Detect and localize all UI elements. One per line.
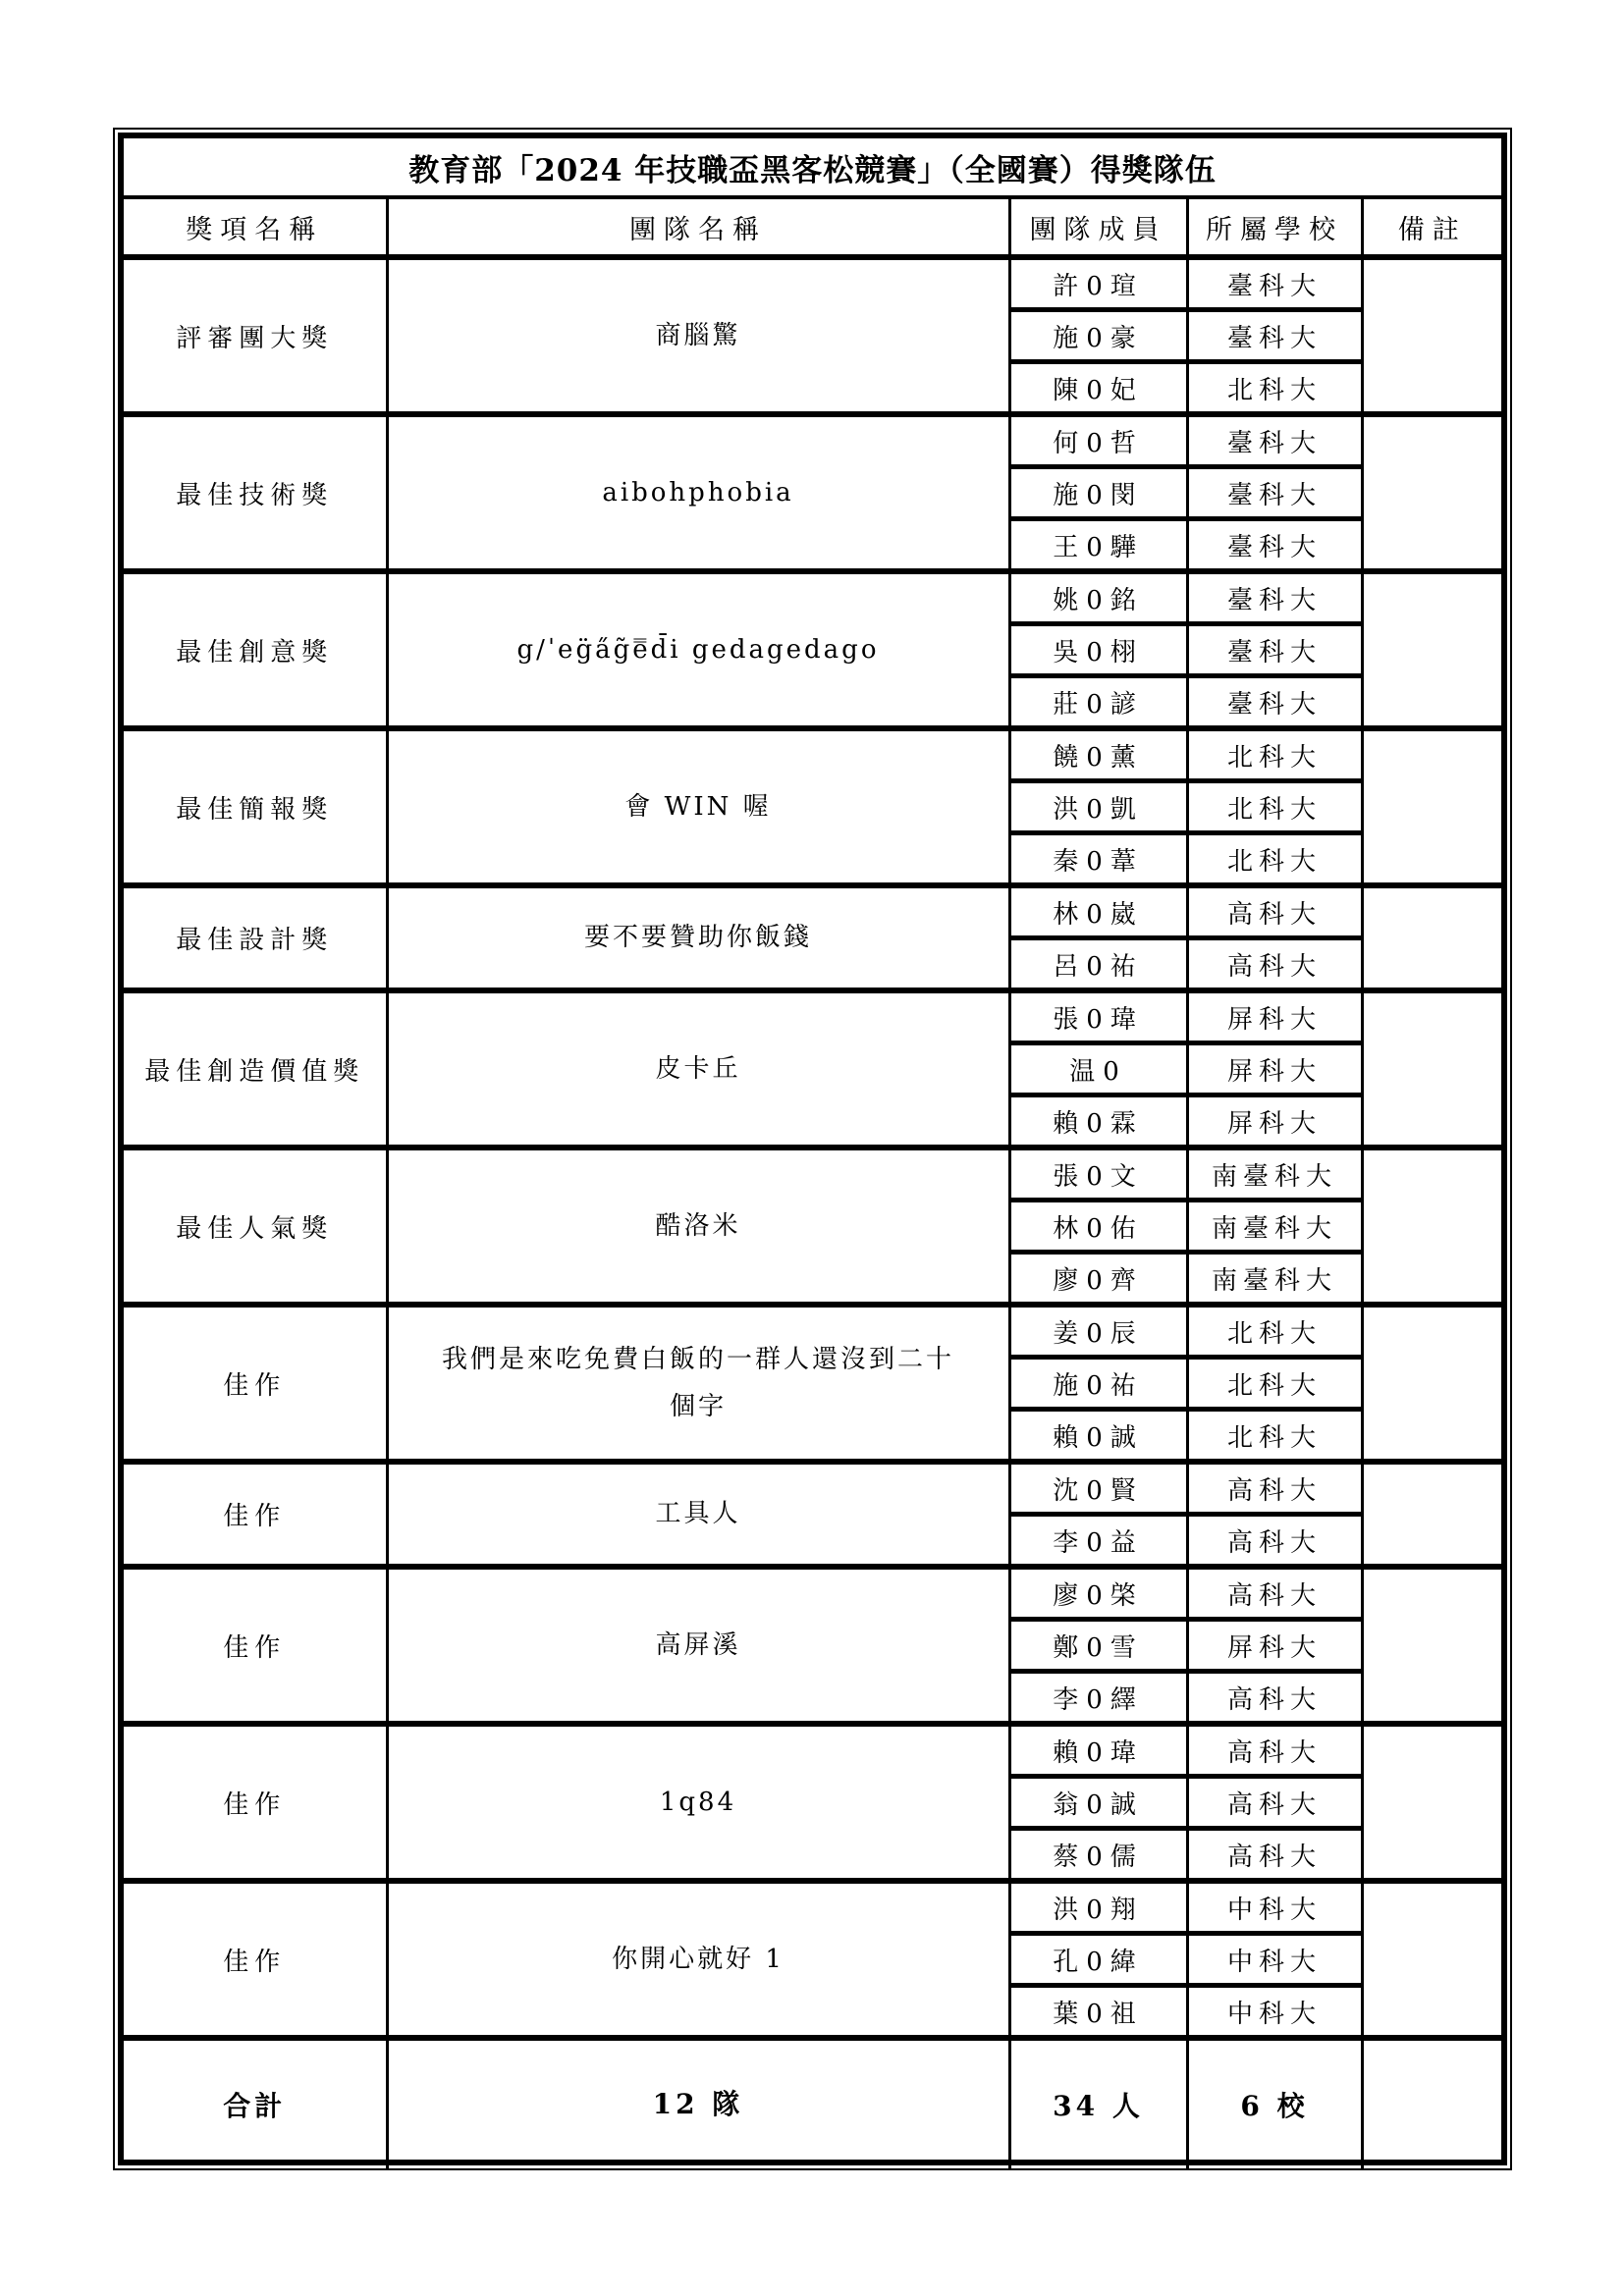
member-school-cell: 中科大 — [1187, 1881, 1362, 1934]
award-group-row: 最佳設計獎要不要贊助你飯錢林0崴高科大 — [124, 885, 1501, 938]
team-name-cell: 工具人 — [387, 1462, 1009, 1567]
team-name-cell: aibohphobia — [387, 414, 1009, 571]
member-name-cell: 王0驊 — [1009, 519, 1187, 572]
note-cell — [1362, 1724, 1501, 1881]
member-name-cell: 林0佑 — [1009, 1201, 1187, 1253]
column-header-team: 團隊名稱 — [387, 197, 1009, 257]
member-name-cell: 施0豪 — [1009, 310, 1187, 362]
note-cell — [1362, 885, 1501, 990]
member-name-cell: 莊0諺 — [1009, 676, 1187, 729]
column-header-row: 獎項名稱 團隊名稱 團隊成員 所屬學校 備註 — [124, 197, 1501, 257]
member-school-cell: 北科大 — [1187, 362, 1362, 415]
award-name-cell: 最佳創意獎 — [124, 571, 387, 728]
total-row: 合計 12 隊 34 人 6 校 — [124, 2038, 1501, 2168]
award-group-row: 佳作我們是來吃免費白飯的一群人還沒到二十 個字姜0辰北科大 — [124, 1305, 1501, 1358]
award-group-row: 最佳簡報獎會 WIN 喔饒0薰北科大 — [124, 728, 1501, 781]
member-name-cell: 賴0誠 — [1009, 1410, 1187, 1463]
award-name-cell: 最佳簡報獎 — [124, 728, 387, 885]
member-school-cell: 臺科大 — [1187, 571, 1362, 624]
member-school-cell: 臺科大 — [1187, 676, 1362, 729]
member-school-cell: 中科大 — [1187, 1934, 1362, 1986]
member-school-cell: 高科大 — [1187, 938, 1362, 991]
member-school-cell: 北科大 — [1187, 728, 1362, 781]
member-school-cell: 高科大 — [1187, 1829, 1362, 1882]
note-cell — [1362, 414, 1501, 571]
member-school-cell: 北科大 — [1187, 1410, 1362, 1463]
member-school-cell: 屏科大 — [1187, 1620, 1362, 1672]
member-name-cell: 李0益 — [1009, 1515, 1187, 1568]
member-name-cell: 陳0妃 — [1009, 362, 1187, 415]
member-name-cell: 洪0翔 — [1009, 1881, 1187, 1934]
member-name-cell: 葉0祖 — [1009, 1986, 1187, 2039]
awards-table: 教育部「2024 年技職盃黑客松競賽」（全國賽）得獎隊伍 獎項名稱 團隊名稱 團… — [124, 138, 1501, 2168]
award-group-row: 最佳技術獎aibohphobia何0哲臺科大 — [124, 414, 1501, 467]
team-name-cell: 商腦驚 — [387, 257, 1009, 414]
note-cell — [1362, 1567, 1501, 1724]
note-cell — [1362, 1881, 1501, 2038]
member-name-cell: 廖0齊 — [1009, 1253, 1187, 1306]
note-cell — [1362, 1148, 1501, 1305]
member-school-cell: 高科大 — [1187, 885, 1362, 938]
member-name-cell: 孔0緯 — [1009, 1934, 1187, 1986]
team-name-cell: 酷洛米 — [387, 1148, 1009, 1305]
total-members-cell: 34 人 — [1009, 2038, 1187, 2168]
member-school-cell: 臺科大 — [1187, 414, 1362, 467]
column-header-members: 團隊成員 — [1009, 197, 1187, 257]
member-name-cell: 饒0薰 — [1009, 728, 1187, 781]
member-school-cell: 屏科大 — [1187, 990, 1362, 1043]
team-name-cell: g/ˈeg̈a̋g̃e̿d̄i gedagedago — [387, 571, 1009, 728]
page-border-frame: 教育部「2024 年技職盃黑客松競賽」（全國賽）得獎隊伍 獎項名稱 團隊名稱 團… — [113, 128, 1512, 2170]
member-name-cell: 翁0誠 — [1009, 1777, 1187, 1829]
column-header-note: 備註 — [1362, 197, 1501, 257]
award-group-row: 佳作1q84賴0瑋高科大 — [124, 1724, 1501, 1777]
award-group-row: 佳作高屏溪廖0棨高科大 — [124, 1567, 1501, 1620]
member-school-cell: 高科大 — [1187, 1515, 1362, 1568]
award-group-row: 佳作工具人沈0賢高科大 — [124, 1462, 1501, 1515]
member-school-cell: 北科大 — [1187, 1305, 1362, 1358]
total-note-cell — [1362, 2038, 1501, 2168]
award-name-cell: 最佳設計獎 — [124, 885, 387, 990]
member-name-cell: 廖0棨 — [1009, 1567, 1187, 1620]
member-school-cell: 北科大 — [1187, 781, 1362, 833]
member-name-cell: 許0瑄 — [1009, 257, 1187, 310]
member-school-cell: 南臺科大 — [1187, 1253, 1362, 1306]
award-name-cell: 佳作 — [124, 1305, 387, 1462]
award-group-row: 最佳人氣獎酷洛米張0文南臺科大 — [124, 1148, 1501, 1201]
award-name-cell: 最佳創造價值獎 — [124, 990, 387, 1148]
award-name-cell: 最佳技術獎 — [124, 414, 387, 571]
member-name-cell: 賴0霖 — [1009, 1095, 1187, 1148]
team-name-cell: 皮卡丘 — [387, 990, 1009, 1148]
member-school-cell: 北科大 — [1187, 1358, 1362, 1410]
total-teams-cell: 12 隊 — [387, 2038, 1009, 2168]
member-school-cell: 高科大 — [1187, 1777, 1362, 1829]
member-name-cell: 施0祐 — [1009, 1358, 1187, 1410]
member-name-cell: 沈0賢 — [1009, 1462, 1187, 1515]
title-row: 教育部「2024 年技職盃黑客松競賽」（全國賽）得獎隊伍 — [124, 138, 1501, 197]
member-school-cell: 高科大 — [1187, 1567, 1362, 1620]
team-name-cell: 要不要贊助你飯錢 — [387, 885, 1009, 990]
total-label-cell: 合計 — [124, 2038, 387, 2168]
award-name-cell: 佳作 — [124, 1462, 387, 1567]
member-name-cell: 林0崴 — [1009, 885, 1187, 938]
member-name-cell: 張0瑋 — [1009, 990, 1187, 1043]
note-cell — [1362, 257, 1501, 414]
member-school-cell: 屏科大 — [1187, 1095, 1362, 1148]
member-name-cell: 何0哲 — [1009, 414, 1187, 467]
award-group-row: 最佳創造價值獎皮卡丘張0瑋屏科大 — [124, 990, 1501, 1043]
member-school-cell: 南臺科大 — [1187, 1201, 1362, 1253]
team-name-cell: 1q84 — [387, 1724, 1009, 1881]
member-name-cell: 吳0栩 — [1009, 624, 1187, 676]
document-page: { "document": { "title": "教育部「2024 年技職盃黑… — [0, 0, 1624, 2296]
document-title: 教育部「2024 年技職盃黑客松競賽」（全國賽）得獎隊伍 — [124, 138, 1501, 197]
award-name-cell: 評審團大獎 — [124, 257, 387, 414]
member-school-cell: 臺科大 — [1187, 467, 1362, 519]
note-cell — [1362, 1462, 1501, 1567]
member-name-cell: 施0閔 — [1009, 467, 1187, 519]
column-header-school: 所屬學校 — [1187, 197, 1362, 257]
table-head-section: 教育部「2024 年技職盃黑客松競賽」（全國賽）得獎隊伍 獎項名稱 團隊名稱 團… — [124, 138, 1501, 257]
member-school-cell: 臺科大 — [1187, 519, 1362, 572]
note-cell — [1362, 728, 1501, 885]
team-name-cell: 你開心就好 1 — [387, 1881, 1009, 2038]
member-school-cell: 臺科大 — [1187, 257, 1362, 310]
member-school-cell: 北科大 — [1187, 833, 1362, 886]
member-name-cell: 姚0銘 — [1009, 571, 1187, 624]
member-name-cell: 呂0祐 — [1009, 938, 1187, 991]
member-school-cell: 中科大 — [1187, 1986, 1362, 2039]
member-school-cell: 高科大 — [1187, 1462, 1362, 1515]
award-group-row: 評審團大獎商腦驚許0瑄臺科大 — [124, 257, 1501, 310]
member-name-cell: 鄭0雪 — [1009, 1620, 1187, 1672]
award-name-cell: 佳作 — [124, 1724, 387, 1881]
member-school-cell: 臺科大 — [1187, 624, 1362, 676]
award-groups-section: 評審團大獎商腦驚許0瑄臺科大施0豪臺科大陳0妃北科大最佳技術獎aibohphob… — [124, 257, 1501, 2038]
member-name-cell: 賴0瑋 — [1009, 1724, 1187, 1777]
award-group-row: 最佳創意獎g/ˈeg̈a̋g̃e̿d̄i gedagedago姚0銘臺科大 — [124, 571, 1501, 624]
award-name-cell: 最佳人氣獎 — [124, 1148, 387, 1305]
member-name-cell: 姜0辰 — [1009, 1305, 1187, 1358]
award-name-cell: 佳作 — [124, 1567, 387, 1724]
total-section: 合計 12 隊 34 人 6 校 — [124, 2038, 1501, 2168]
member-name-cell: 蔡0儒 — [1009, 1829, 1187, 1882]
member-name-cell: 温0 — [1009, 1043, 1187, 1095]
note-cell — [1362, 1305, 1501, 1462]
note-cell — [1362, 571, 1501, 728]
award-name-cell: 佳作 — [124, 1881, 387, 2038]
team-name-cell: 高屏溪 — [387, 1567, 1009, 1724]
member-school-cell: 南臺科大 — [1187, 1148, 1362, 1201]
note-cell — [1362, 990, 1501, 1148]
member-name-cell: 李0繹 — [1009, 1672, 1187, 1725]
award-group-row: 佳作你開心就好 1洪0翔中科大 — [124, 1881, 1501, 1934]
team-name-cell: 我們是來吃免費白飯的一群人還沒到二十 個字 — [387, 1305, 1009, 1462]
member-school-cell: 高科大 — [1187, 1672, 1362, 1725]
total-schools-cell: 6 校 — [1187, 2038, 1362, 2168]
column-header-award: 獎項名稱 — [124, 197, 387, 257]
member-name-cell: 秦0葦 — [1009, 833, 1187, 886]
team-name-cell: 會 WIN 喔 — [387, 728, 1009, 885]
member-school-cell: 屏科大 — [1187, 1043, 1362, 1095]
page-border-frame-inner: 教育部「2024 年技職盃黑客松競賽」（全國賽）得獎隊伍 獎項名稱 團隊名稱 團… — [118, 133, 1507, 2165]
member-name-cell: 張0文 — [1009, 1148, 1187, 1201]
member-school-cell: 高科大 — [1187, 1724, 1362, 1777]
member-name-cell: 洪0凱 — [1009, 781, 1187, 833]
member-school-cell: 臺科大 — [1187, 310, 1362, 362]
